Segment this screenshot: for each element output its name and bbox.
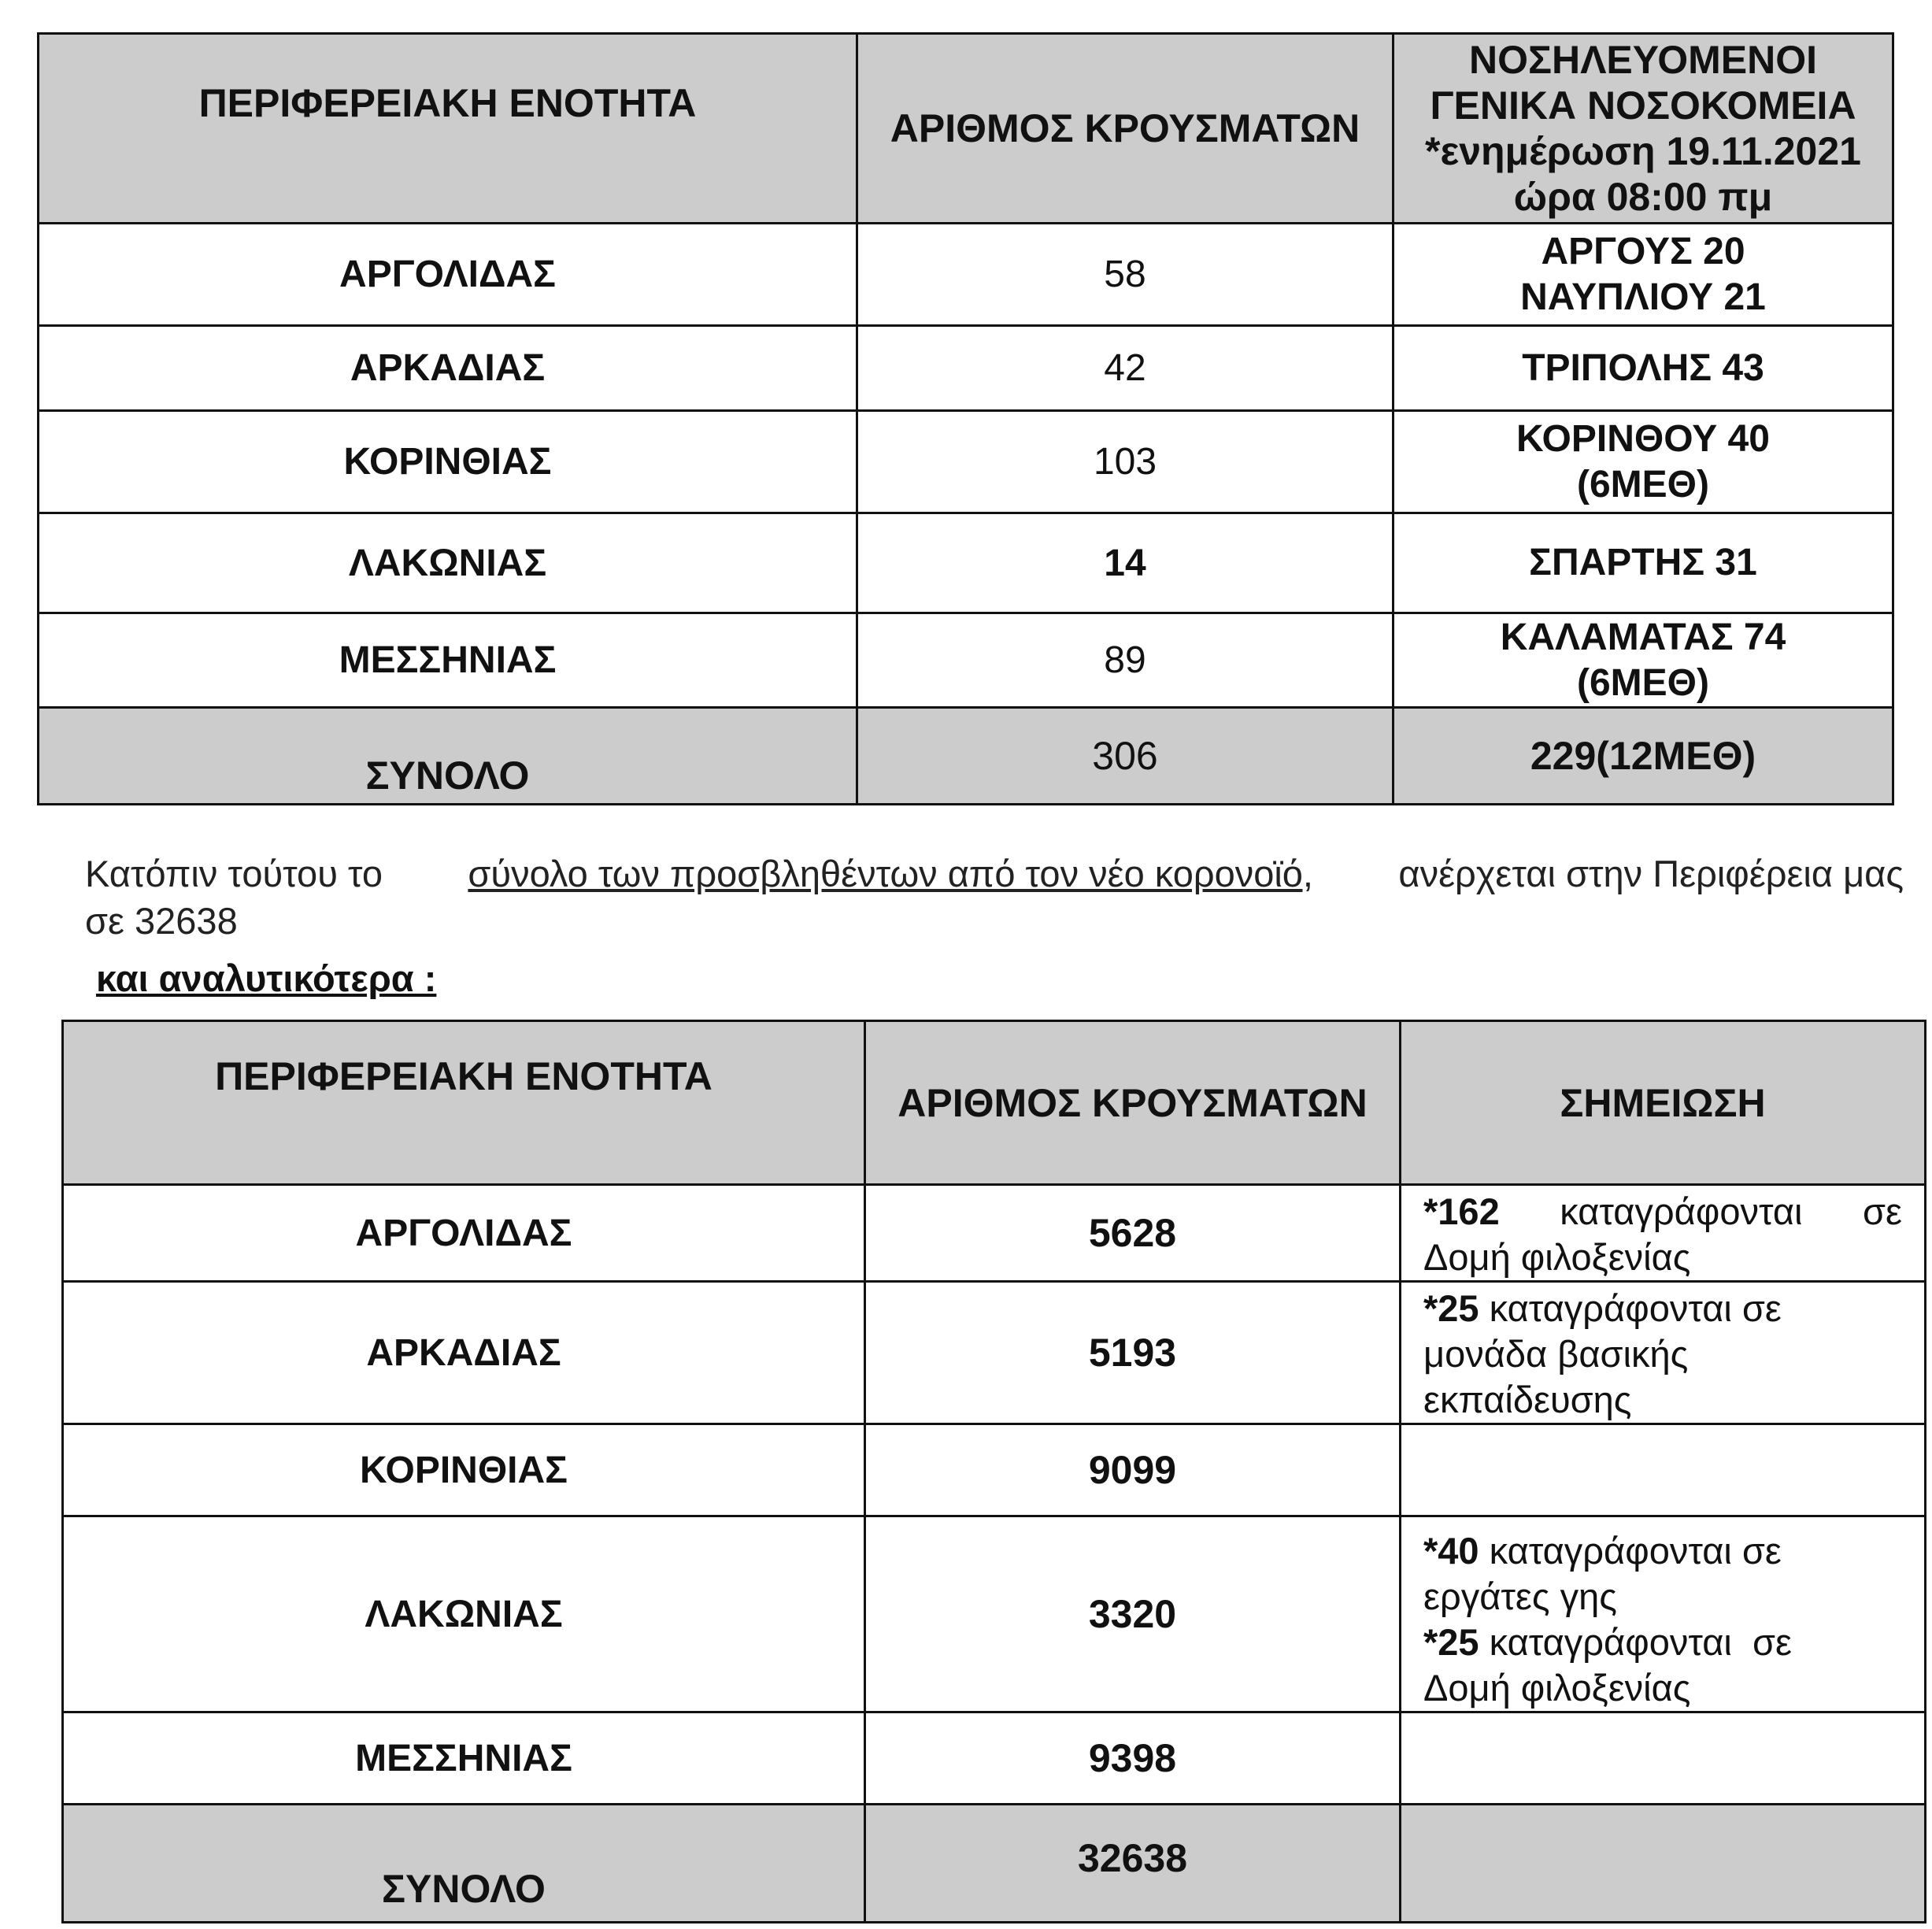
note-line: *162 καταγράφονται σε	[1423, 1189, 1902, 1235]
table-row: ΛΑΚΩΝΙΑΣ 3320 *40 καταγράφονται σε εργάτ…	[63, 1516, 1926, 1712]
summary-underlined: σύνολο των προσβληθέντων από τον νέο κορ…	[468, 850, 1313, 898]
cases-cell: 14	[857, 513, 1393, 613]
header-cases: ΑΡΙΘΜΟΣ ΚΡΟΥΣΜΑΤΩΝ	[857, 34, 1393, 224]
note-text: καταγράφονται σε	[1490, 1287, 1782, 1329]
note-count: *25	[1423, 1621, 1479, 1663]
table-row: ΑΡΚΑΔΙΑΣ 42 ΤΡΙΠΟΛΗΣ 43	[39, 326, 1893, 411]
note-line: εργάτες γης	[1423, 1574, 1902, 1620]
hospital-cell: ΚΟΡΙΝΘΟΥ 40 (6ΜΕΘ)	[1393, 411, 1893, 513]
cases-cell: 9398	[865, 1712, 1401, 1805]
total-cases: 32638	[865, 1805, 1401, 1923]
region-cell: ΑΡΓΟΛΙΔΑΣ	[39, 224, 857, 326]
region-cell: ΑΡΚΑΔΙΑΣ	[39, 326, 857, 411]
table-header-row: ΠΕΡΙΦΕΡΕΙΑΚΗ ΕΝΟΤΗΤΑ ΑΡΙΘΜΟΣ ΚΡΟΥΣΜΑΤΩΝ …	[39, 34, 1893, 224]
cumulative-cases-table: ΠΕΡΙΦΕΡΕΙΑΚΗ ΕΝΟΤΗΤΑ ΑΡΙΘΜΟΣ ΚΡΟΥΣΜΑΤΩΝ …	[61, 1020, 1926, 1923]
hospital-cell: ΣΠΑΡΤΗΣ 31	[1393, 513, 1893, 613]
detail-subheading: και αναλυτικότερα :	[96, 957, 436, 1000]
header-region: ΠΕΡΙΦΕΡΕΙΑΚΗ ΕΝΟΤΗΤΑ	[39, 34, 857, 224]
table-row: ΑΡΚΑΔΙΑΣ 5193 *25 καταγράφονται σε μονάδ…	[63, 1282, 1926, 1424]
table-row: ΑΡΓΟΛΙΔΑΣ 58 ΑΡΓΟΥΣ 20 ΝΑΥΠΛΙΟΥ 21	[39, 224, 1893, 326]
table-row: ΜΕΣΣΗΝΙΑΣ 89 ΚΑΛΑΜΑΤΑΣ 74 (6ΜΕΘ)	[39, 613, 1893, 708]
hospital-icu-line: (6ΜΕΘ)	[1404, 661, 1882, 706]
table-row: ΚΟΡΙΝΘΙΑΣ 103 ΚΟΡΙΝΘΟΥ 40 (6ΜΕΘ)	[39, 411, 1893, 513]
note-cell	[1401, 1712, 1926, 1805]
note-line: Δομή φιλοξενίας	[1423, 1235, 1902, 1280]
cases-cell: 58	[857, 224, 1393, 326]
cases-cell: 5193	[865, 1282, 1401, 1424]
table-row: ΚΟΡΙΝΘΙΑΣ 9099	[63, 1424, 1926, 1516]
table-row: ΑΡΓΟΛΙΔΑΣ 5628 *162 καταγράφονται σε Δομ…	[63, 1185, 1926, 1282]
total-note	[1401, 1805, 1926, 1923]
table-total-row: ΣΥΝΟΛΟ 32638	[63, 1805, 1926, 1923]
header-update-date: *ενημέρωση 19.11.2021	[1404, 128, 1882, 174]
header-cases: ΑΡΙΘΜΟΣ ΚΡΟΥΣΜΑΤΩΝ	[865, 1021, 1401, 1185]
header-hospitalized-line2: ΓΕΝΙΚΑ ΝΟΣΟΚΟΜΕΙΑ	[1404, 83, 1882, 128]
region-cell: ΛΑΚΩΝΙΑΣ	[39, 513, 857, 613]
summary-line-1: Κατόπιν τούτου το σύνολο των προσβληθέντ…	[85, 850, 1904, 898]
hospitalized-cases-table: ΠΕΡΙΦΕΡΕΙΑΚΗ ΕΝΟΤΗΤΑ ΑΡΙΘΜΟΣ ΚΡΟΥΣΜΑΤΩΝ …	[37, 32, 1894, 805]
note-count: *40	[1423, 1530, 1479, 1572]
note-line: εκπαίδευσης	[1423, 1377, 1902, 1423]
hospital-icu-line: (6ΜΕΘ)	[1404, 462, 1882, 508]
region-cell: ΜΕΣΣΗΝΙΑΣ	[63, 1712, 865, 1805]
note-text: καταγράφονται σε	[1490, 1530, 1782, 1572]
region-cell: ΚΟΡΙΝΘΙΑΣ	[63, 1424, 865, 1516]
note-text: καταγράφονται	[1560, 1189, 1802, 1235]
note-cell: *40 καταγράφονται σε εργάτες γης *25 κατ…	[1401, 1516, 1926, 1712]
region-cell: ΜΕΣΣΗΝΙΑΣ	[39, 613, 857, 708]
note-cell	[1401, 1424, 1926, 1516]
header-update-time: ώρα 08:00 πμ	[1404, 174, 1882, 220]
note-text: σε	[1863, 1189, 1902, 1235]
header-hospitalized-line1: ΝΟΣΗΛΕΥΟΜΕΝΟΙ	[1404, 37, 1882, 83]
summary-suffix: ανέρχεται στην Περιφέρεια μας	[1398, 850, 1904, 898]
note-count: *162	[1423, 1189, 1500, 1235]
hospital-line: ΤΡΙΠΟΛΗΣ 43	[1404, 346, 1882, 391]
cases-cell: 89	[857, 613, 1393, 708]
hospital-cell: ΑΡΓΟΥΣ 20 ΝΑΥΠΛΙΟΥ 21	[1393, 224, 1893, 326]
region-cell: ΛΑΚΩΝΙΑΣ	[63, 1516, 865, 1712]
total-hospitalized: 229(12ΜΕΘ)	[1393, 708, 1893, 805]
region-cell: ΑΡΓΟΛΙΔΑΣ	[63, 1185, 865, 1282]
hospital-line: ΑΡΓΟΥΣ 20	[1404, 229, 1882, 275]
cases-cell: 5628	[865, 1185, 1401, 1282]
header-hospitalized: ΝΟΣΗΛΕΥΟΜΕΝΟΙ ΓΕΝΙΚΑ ΝΟΣΟΚΟΜΕΙΑ *ενημέρω…	[1393, 34, 1893, 224]
header-note: ΣΗΜΕΙΩΣΗ	[1401, 1021, 1926, 1185]
note-cell: *25 καταγράφονται σε μονάδα βασικής εκπα…	[1401, 1282, 1926, 1424]
total-label: ΣΥΝΟΛΟ	[63, 1805, 865, 1923]
region-cell: ΑΡΚΑΔΙΑΣ	[63, 1282, 865, 1424]
total-label: ΣΥΝΟΛΟ	[39, 708, 857, 805]
summary-prefix: Κατόπιν τούτου το	[85, 850, 383, 898]
hospital-line: ΝΑΥΠΛΙΟΥ 21	[1404, 275, 1882, 320]
note-line: μονάδα βασικής	[1423, 1331, 1902, 1377]
total-cases: 306	[857, 708, 1393, 805]
summary-paragraph: Κατόπιν τούτου το σύνολο των προσβληθέντ…	[85, 850, 1904, 945]
cases-cell: 42	[857, 326, 1393, 411]
note-line: *40 καταγράφονται σε	[1423, 1528, 1902, 1574]
note-line: *25 καταγράφονται σε	[1423, 1620, 1902, 1665]
hospital-line: ΣΠΑΡΤΗΣ 31	[1404, 540, 1882, 586]
table-total-row: ΣΥΝΟΛΟ 306 229(12ΜΕΘ)	[39, 708, 1893, 805]
cases-cell: 9099	[865, 1424, 1401, 1516]
region-cell: ΚΟΡΙΝΘΙΑΣ	[39, 411, 857, 513]
note-cell: *162 καταγράφονται σε Δομή φιλοξενίας	[1401, 1185, 1926, 1282]
note-count: *25	[1423, 1287, 1479, 1329]
hospital-cell: ΚΑΛΑΜΑΤΑΣ 74 (6ΜΕΘ)	[1393, 613, 1893, 708]
table-row: ΜΕΣΣΗΝΙΑΣ 9398	[63, 1712, 1926, 1805]
hospital-line: ΚΑΛΑΜΑΤΑΣ 74	[1404, 615, 1882, 661]
summary-line-2: σε 32638	[85, 898, 1904, 945]
hospital-line: ΚΟΡΙΝΘΟΥ 40	[1404, 417, 1882, 462]
table-row: ΛΑΚΩΝΙΑΣ 14 ΣΠΑΡΤΗΣ 31	[39, 513, 1893, 613]
note-text: καταγράφονται σε	[1490, 1621, 1792, 1663]
note-line: Δομή φιλοξενίας	[1423, 1665, 1902, 1711]
header-region: ΠΕΡΙΦΕΡΕΙΑΚΗ ΕΝΟΤΗΤΑ	[63, 1021, 865, 1185]
cases-cell: 103	[857, 411, 1393, 513]
table-header-row: ΠΕΡΙΦΕΡΕΙΑΚΗ ΕΝΟΤΗΤΑ ΑΡΙΘΜΟΣ ΚΡΟΥΣΜΑΤΩΝ …	[63, 1021, 1926, 1185]
cases-cell: 3320	[865, 1516, 1401, 1712]
hospital-cell: ΤΡΙΠΟΛΗΣ 43	[1393, 326, 1893, 411]
note-line: *25 καταγράφονται σε	[1423, 1286, 1902, 1331]
